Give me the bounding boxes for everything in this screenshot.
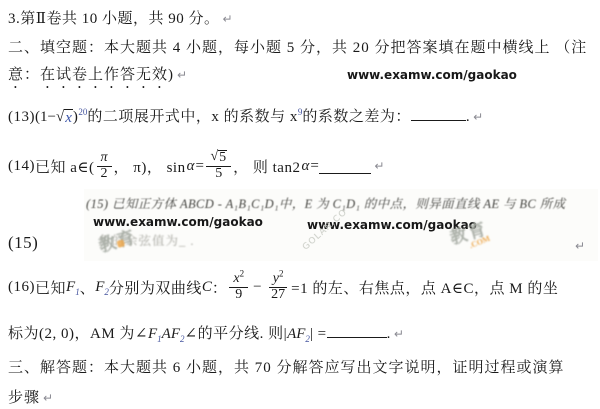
q16-period: . [387, 326, 391, 342]
q16-pre-text: 已知 [35, 277, 66, 298]
sqrt-5-expression: √5 [210, 150, 227, 166]
q13-period: . [466, 109, 470, 125]
q16-middle-text-1: 分别为双曲线 [109, 277, 202, 298]
radical-sign: √ [210, 150, 218, 165]
fill-blank-section-intro-line1: 二、填空题：本大题共 4 小题，每小题 5 分，共 20 分把答案填在题中横线上… [8, 36, 587, 57]
squared-exponent: 2 [279, 268, 284, 278]
fraction-denominator: 27 [267, 288, 289, 303]
paragraph-mark-icon: ↵ [43, 391, 53, 405]
fill-blank-section-intro-text: 二、填空题：本大题共 4 小题，每小题 5 分，共 20 分把答案填在题中横线上… [8, 40, 587, 56]
paragraph-mark-icon: ↵ [473, 110, 483, 124]
site-watermark: www.examw.com/gaokao [347, 68, 517, 82]
question-14-label: (14) [8, 158, 35, 175]
alpha-symbol: α [301, 158, 309, 175]
q16-line2-post: | = [310, 326, 327, 342]
fraction-numerator: y2 [269, 272, 288, 288]
focus-f2-symbol: F2 [95, 279, 109, 296]
f-letter: F [95, 279, 104, 295]
paragraph-mark-icon: ↵ [177, 68, 187, 82]
fraction-pi-over-2: π2 [97, 151, 112, 181]
q14-middle-text-1: ， π)， sin [114, 156, 186, 177]
af-letters: AF [287, 326, 305, 342]
focus-f1-symbol: F1 [66, 279, 80, 296]
q14-pre-text: 已知 a∈( [35, 156, 95, 177]
fill-blank-section-intro-line2: 意：在试卷上作答无效)↵ [8, 63, 187, 92]
a-letter: A [162, 326, 171, 342]
q16-comma: 、 [80, 277, 96, 298]
fraction-x2-over-9: x29 [229, 272, 248, 302]
paragraph-mark-icon: ↵ [394, 327, 404, 341]
squared-exponent: 2 [240, 268, 245, 278]
radicand-x: x [64, 109, 73, 127]
fraction-numerator: √5 [206, 150, 231, 167]
q14-equals-2: = [310, 158, 319, 175]
answer-section-intro-line1: 三、解答题：本大题共 6 小题，共 70 分解答应写出文字说明，证明过程或演算 [8, 356, 565, 377]
answer-section-intro-text2: 步骤 [8, 390, 40, 406]
q13-tail-text: 的系数之差为： [302, 109, 411, 125]
fraction-denominator: 5 [211, 167, 226, 182]
part2-header-text: 3.第Ⅱ卷共 10 小题，共 90 分。 [8, 11, 219, 27]
paragraph-mark-icon: ↵ [222, 12, 232, 26]
fraction-y2-over-27: y227 [267, 272, 289, 302]
q16-middle-text-2: =1 的左、右焦点，点 A∈C，点 M 的坐 [291, 277, 558, 298]
curve-c-symbol: C [202, 279, 212, 296]
q16-line2-mid: ∠的平分线. 则| [185, 326, 288, 342]
alpha-symbol: α [187, 158, 195, 175]
q13-expr-open: (1− [35, 109, 56, 125]
af2-length-symbol: AF2 [287, 326, 310, 342]
question-14-line: (14)已知 a∈(π2， π)， sinα=√55， 则 tan2α=↵ [8, 143, 384, 189]
fraction-denominator: 2 [97, 167, 112, 182]
part2-header-line: 3.第Ⅱ卷共 10 小题，共 90 分。↵ [8, 7, 233, 28]
question-15-label: (15) [8, 233, 38, 253]
paragraph-mark-icon: ↵ [374, 159, 384, 173]
question-16-line2: 标为(2, 0)，AM 为∠F1AF2∠的平分线. 则|AF2| =.↵ [8, 322, 404, 343]
angle-f1af2-symbol: F1AF2 [148, 326, 185, 342]
q13-middle-text: 的二项展开式中，x 的系数与 x [87, 109, 298, 125]
f-letter: F [171, 326, 180, 342]
emphasized-note-text: 意：在试卷上作答无效 [8, 67, 168, 83]
fraction-numerator: π [97, 151, 112, 167]
fraction-sqrt5-over-5: √55 [206, 150, 231, 181]
sqrt-x-expression: √x [56, 109, 73, 127]
radicand-5: 5 [218, 150, 227, 166]
q15-blurry-text: (15) 已知正方体 ABCD - A₁B₁C₁D₁中，E 为 C₁D₁ 的中点… [86, 194, 566, 212]
q14-middle-text-2: ， 则 tan2 [233, 156, 300, 177]
question-16-line1: (16)已知 F1、F2分别为双曲线 C：x29−y227=1 的左、右焦点，点… [8, 263, 558, 311]
q16-line2-pre: 标为(2, 0)，AM 为∠ [8, 326, 148, 342]
f-letter: F [148, 326, 157, 342]
minus-sign: − [253, 279, 262, 296]
f-letter: F [66, 279, 75, 295]
question-13-line: (13)(1−√x)20的二项展开式中，x 的系数与 x9的系数之差为：.↵ [8, 105, 483, 127]
q14-equals-1: = [195, 158, 204, 175]
paragraph-mark-icon: ↵ [575, 239, 585, 253]
exam-document-page: 3.第Ⅱ卷共 10 小题，共 90 分。↵ 二、填空题：本大题共 4 小题，每小… [0, 0, 600, 409]
question-13-label: (13) [8, 109, 35, 125]
radical-sign: √ [56, 109, 64, 126]
answer-section-intro-line2: 步骤↵ [8, 386, 53, 407]
fraction-numerator: x2 [229, 272, 248, 288]
question-16-label: (16) [8, 279, 35, 296]
closing-paren: ) [168, 67, 174, 83]
q16-answer-blank [327, 323, 387, 338]
q13-answer-blank [411, 106, 466, 121]
question-15-embedded-image: (15) 已知正方体 ABCD - A₁B₁C₁D₁中，E 为 C₁D₁ 的中点… [84, 189, 598, 261]
q14-answer-blank [319, 159, 371, 174]
fraction-denominator: 9 [231, 288, 246, 303]
q16-colon: ： [212, 277, 228, 298]
